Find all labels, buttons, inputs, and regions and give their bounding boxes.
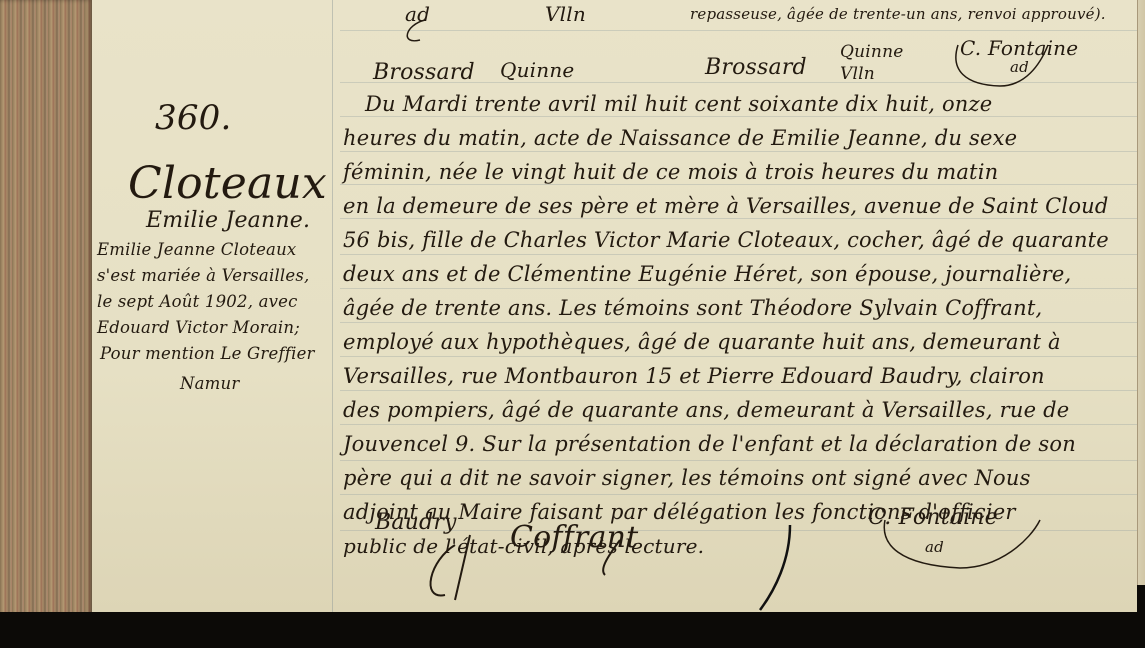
- register-book: ad Vlln repasseuse, âgée de trente-un an…: [0, 0, 1145, 648]
- scan-background: [0, 612, 1145, 648]
- signature-flourishes: [0, 0, 1145, 648]
